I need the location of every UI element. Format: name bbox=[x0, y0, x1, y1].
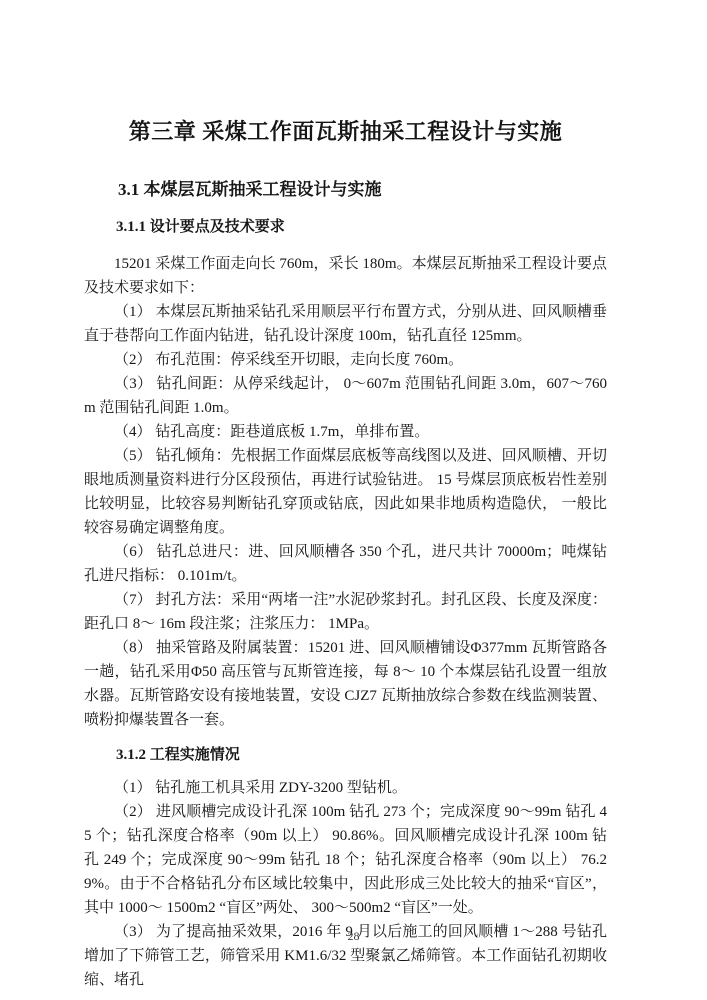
page-content: 第三章 采煤工作面瓦斯抽采工程设计与实施 3.1 本煤层瓦斯抽采工程设计与实施 … bbox=[0, 0, 707, 992]
document-page: 第三章 采煤工作面瓦斯抽采工程设计与实施 3.1 本煤层瓦斯抽采工程设计与实施 … bbox=[0, 0, 707, 1000]
body-paragraph: （2） 进风顺槽完成设计孔深 100m 钻孔 273 个；完成深度 90～99m… bbox=[84, 800, 607, 920]
body-paragraph: （8） 抽采管路及附属装置：15201 进、回风顺槽铺设Φ377mm 瓦斯管路各… bbox=[84, 636, 607, 732]
body-paragraph: （5） 钻孔倾角：先根据工作面煤层底板等高线图以及进、回风顺槽、开切眼地质测量资… bbox=[84, 444, 607, 540]
page-number: 28 bbox=[0, 928, 707, 944]
body-paragraph: （6） 钻孔总进尺：进、回风顺槽各 350 个孔，进尺共计 70000m；吨煤钻… bbox=[84, 540, 607, 588]
body-paragraph: （1） 本煤层瓦斯抽采钻孔采用顺层平行布置方式，分别从进、回风顺槽垂直于巷帮向工… bbox=[84, 300, 607, 348]
body-paragraph: （2） 布孔范围：停采线至开切眼，走向长度 760m。 bbox=[84, 348, 607, 372]
section-3-1-1-heading: 3.1.1 设计要点及技术要求 bbox=[116, 217, 607, 238]
chapter-title: 第三章 采煤工作面瓦斯抽采工程设计与实施 bbox=[84, 116, 607, 148]
section-3-1-2-paragraphs: （1） 钻孔施工机具采用 ZDY-3200 型钻机。（2） 进风顺槽完成设计孔深… bbox=[84, 776, 607, 992]
section-3-1-2-heading: 3.1.2 工程实施情况 bbox=[116, 745, 607, 766]
section-3-1-1-paragraphs: 15201 采煤工作面走向长 760m，采长 180m。本煤层瓦斯抽采工程设计要… bbox=[84, 252, 607, 732]
body-paragraph: （1） 钻孔施工机具采用 ZDY-3200 型钻机。 bbox=[84, 776, 607, 800]
body-paragraph: 15201 采煤工作面走向长 760m，采长 180m。本煤层瓦斯抽采工程设计要… bbox=[84, 252, 607, 300]
body-paragraph: （7） 封孔方法：采用“两堵一注”水泥砂浆封孔。封孔区段、长度及深度：距孔口 8… bbox=[84, 588, 607, 636]
section-3-1-heading: 3.1 本煤层瓦斯抽采工程设计与实施 bbox=[118, 178, 607, 201]
body-paragraph: （4） 钻孔高度：距巷道底板 1.7m，单排布置。 bbox=[84, 420, 607, 444]
body-paragraph: （3） 钻孔间距：从停采线起计， 0～607m 范围钻孔间距 3.0m，607～… bbox=[84, 372, 607, 420]
